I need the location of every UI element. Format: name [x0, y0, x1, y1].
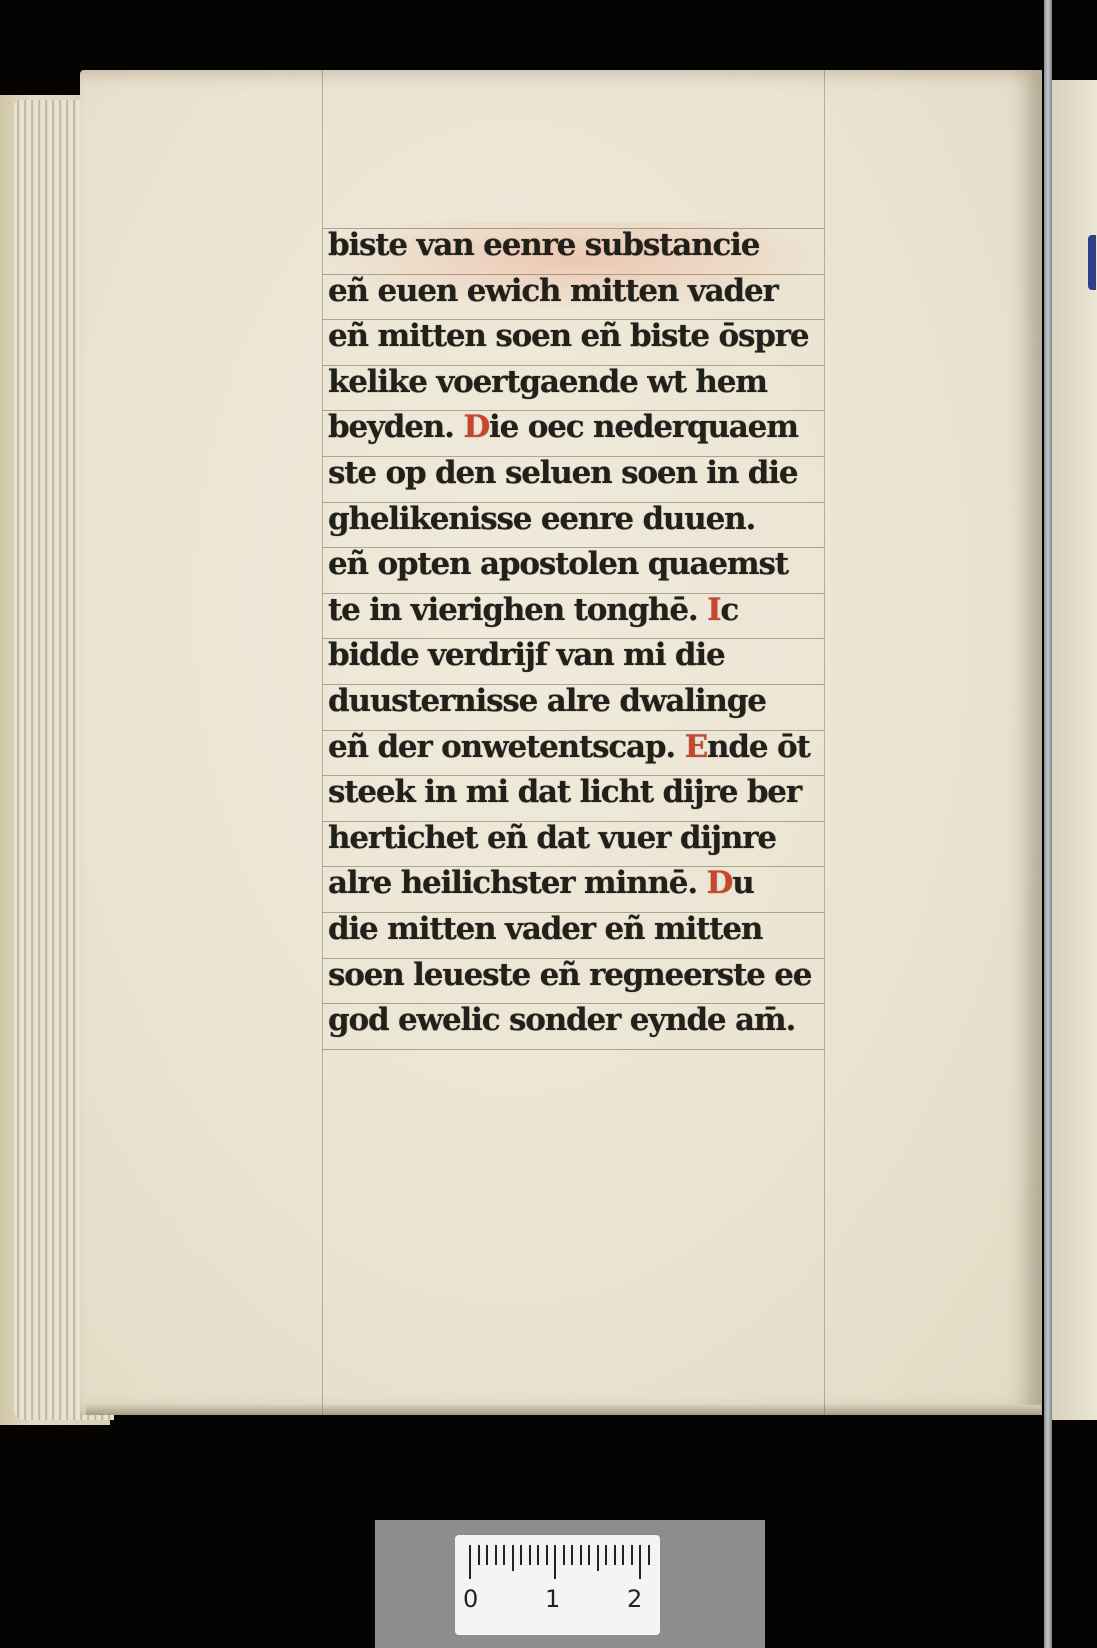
text-line: te in vierighen tonghē. Ic [328, 587, 828, 633]
scale-ruler: 0 1 2 [455, 1535, 660, 1635]
ruler-tick [597, 1545, 599, 1571]
text-line: eñ mitten soen eñ biste ōspre [328, 313, 828, 359]
rubricated-initial: D [463, 409, 489, 445]
ruler-tick [546, 1545, 548, 1565]
text-line: biste van eenre substancie [328, 222, 828, 268]
text-line: hertichet eñ dat vuer dijnre [328, 815, 828, 861]
rubricated-initial: I [707, 592, 720, 628]
ruler-label: 1 [545, 1585, 560, 1613]
text-line: god ewelic sonder eynde am̄. [328, 997, 828, 1043]
ruler-tick [648, 1545, 650, 1565]
ruler-tick [631, 1545, 633, 1565]
text-line: eñ der onwetentscap. Ende ōt [328, 724, 828, 770]
page-clamp-strip [1044, 0, 1052, 1648]
text-line: ste op den seluen soen in die [328, 450, 828, 496]
ruler-tick [588, 1545, 590, 1565]
rubricated-initial: E [685, 729, 707, 765]
ruler-tick [639, 1545, 641, 1579]
text-line: duusternisse alre dwalinge [328, 678, 828, 724]
rubricated-initial: D [707, 865, 733, 901]
ruler-tick [537, 1545, 539, 1565]
blue-initial-fragment [1088, 235, 1096, 290]
ruler-tick [529, 1545, 531, 1565]
text-line: ghelikenisse eenre duuen. [328, 496, 828, 542]
ruler-tick [478, 1545, 480, 1565]
ruler-tick [554, 1545, 556, 1579]
ruler-tick [563, 1545, 565, 1565]
ruler-tick [580, 1545, 582, 1565]
leaf-bottom-edge [86, 1405, 1041, 1415]
ruler-tick [495, 1545, 497, 1565]
text-line: bidde verdrijf van mi die [328, 632, 828, 678]
ruler-tick [571, 1545, 573, 1565]
text-line: soen leueste eñ regneerste ee [328, 952, 828, 998]
text-line: die mitten vader eñ mitten [328, 906, 828, 952]
text-line: steek in mi dat licht dijre ber [328, 769, 828, 815]
ruler-tick [622, 1545, 624, 1565]
ruler-tick [614, 1545, 616, 1565]
ruler-tick [486, 1545, 488, 1565]
ruler-label: 0 [463, 1585, 478, 1613]
ruler-tick [512, 1545, 514, 1571]
ruler-tick [605, 1545, 607, 1565]
text-line: kelike voertgaende wt hem [328, 359, 828, 405]
ruler-tick [503, 1545, 505, 1565]
ruling-line [322, 1049, 824, 1050]
text-line: beyden. Die oec nederquaem [328, 404, 828, 450]
text-line: eñ euen ewich mitten vader [328, 268, 828, 314]
ruler-tick [469, 1545, 471, 1579]
ruler-label: 2 [627, 1585, 642, 1613]
text-line: eñ opten apostolen quaemst [328, 541, 828, 587]
text-line: alre heilichster minnē. Du [328, 860, 828, 906]
text-block: biste van eenre substancie eñ euen ewich… [328, 222, 828, 1043]
ruler-tick [520, 1545, 522, 1565]
